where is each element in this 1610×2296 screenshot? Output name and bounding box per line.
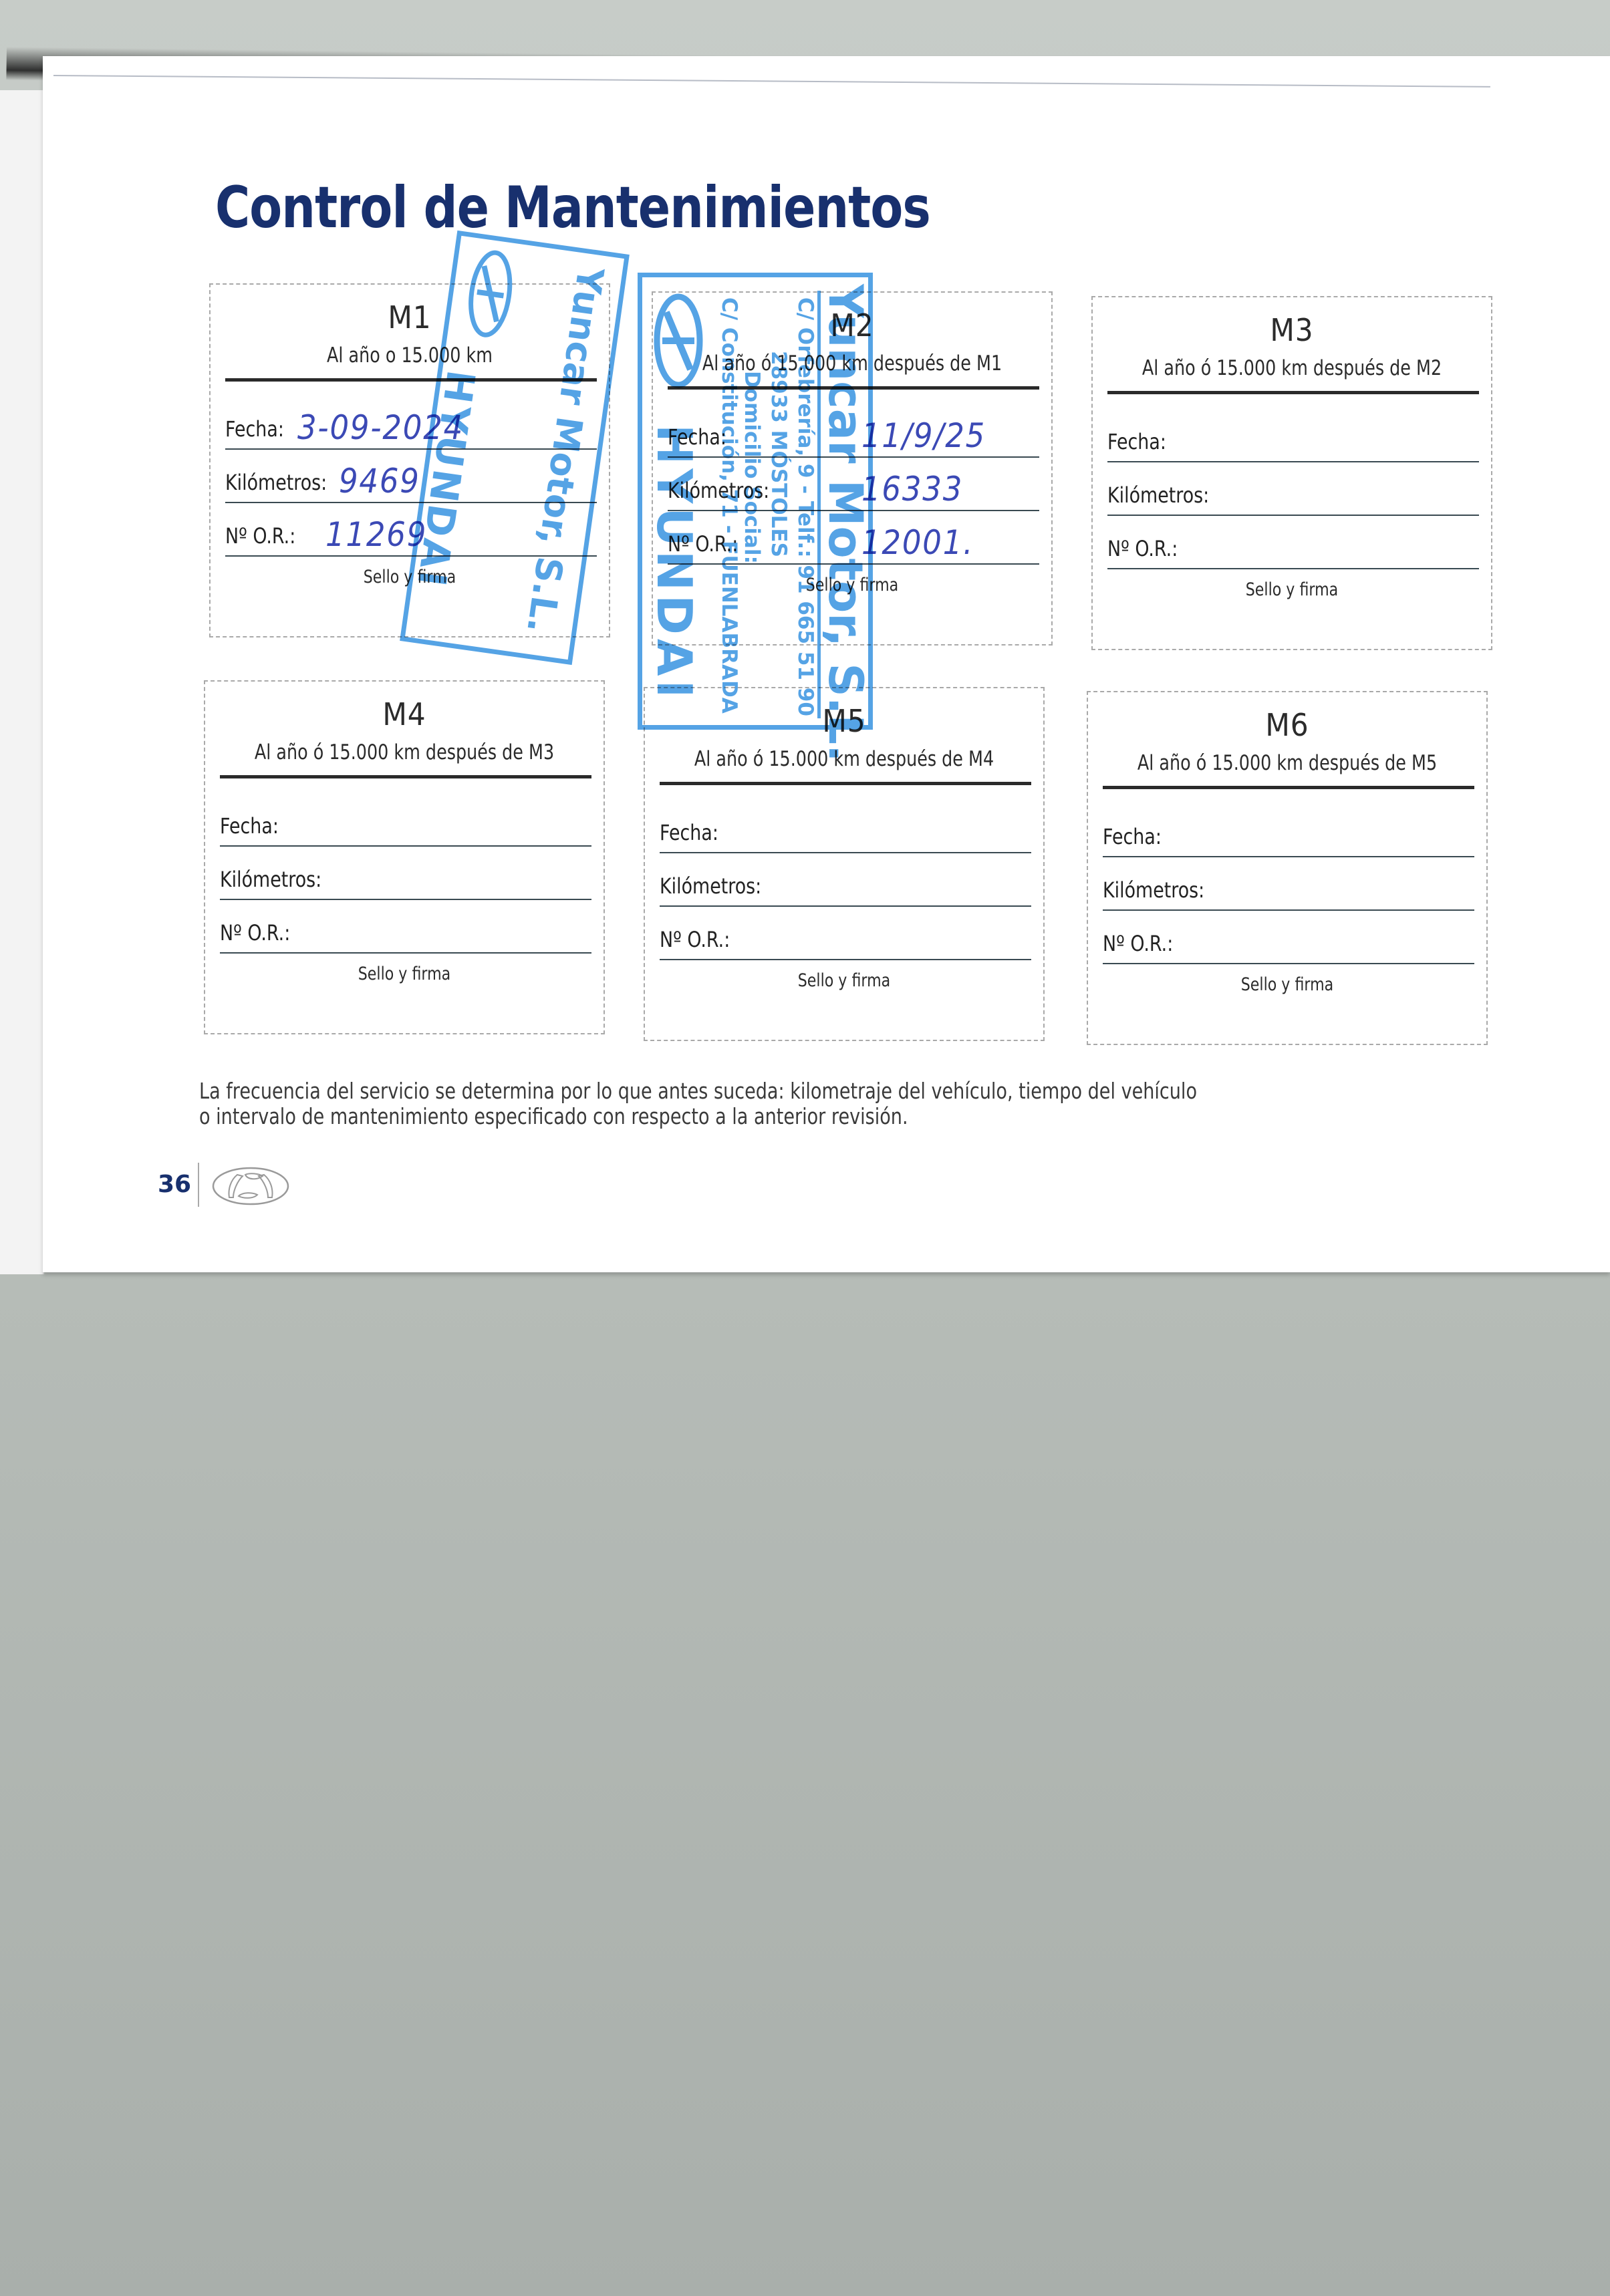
hyundai-logo-icon xyxy=(211,1165,291,1207)
or-number-value: 11269 xyxy=(325,515,427,554)
stamp-address-line: C/ Constitución, 71 - FUENLABRADA xyxy=(717,297,741,714)
sign-label: Sello y firma xyxy=(1129,579,1456,600)
card-interval: Al año ó 15.000 km después de M3 xyxy=(241,740,568,764)
stamp-address-line: 28933 MÓSTOLES xyxy=(767,351,791,557)
footer-separator xyxy=(198,1163,199,1207)
or-number-label: Nº O.R.: xyxy=(225,523,295,549)
dealer-stamp-m2: HYUNDAI Yuncar Motor, S.L. C/ Orfebrería… xyxy=(638,273,873,730)
page-edge xyxy=(0,90,44,1274)
km-field[interactable]: Kilómetros: xyxy=(1107,468,1479,516)
date-label: Fecha: xyxy=(660,820,718,845)
km-label: Kilómetros: xyxy=(220,867,321,892)
or-number-value: 12001. xyxy=(861,523,974,562)
stamp-address-line: C/ Orfebrería, 9 - Telf.: 91 665 51 90 xyxy=(793,297,817,716)
card-interval: Al año ó 15.000 km después de M5 xyxy=(1124,751,1451,775)
card-interval: Al año ó 15.000 km después de M2 xyxy=(1129,356,1456,380)
page-number: 36 xyxy=(158,1171,191,1198)
service-frequency-note: La frecuencia del servicio se determina … xyxy=(199,1079,1213,1129)
km-label: Kilómetros: xyxy=(1103,877,1204,903)
stamp-company: Yuncar Motor, S.L. xyxy=(818,284,873,762)
km-field[interactable]: Kilómetros: xyxy=(220,852,591,900)
or-number-field[interactable]: Nº O.R.: xyxy=(220,905,591,954)
or-number-label: Nº O.R.: xyxy=(1107,536,1178,561)
km-label: Kilómetros: xyxy=(225,470,327,495)
stamp-address-line: Domicilio Social: xyxy=(740,371,764,564)
date-field[interactable]: Fecha: xyxy=(1107,414,1479,462)
sign-label: Sello y firma xyxy=(681,970,1008,991)
km-label: Kilómetros: xyxy=(1107,482,1209,508)
card-divider xyxy=(1103,786,1474,789)
km-value: 9469 xyxy=(339,462,420,500)
km-label: Kilómetros: xyxy=(660,873,761,899)
date-field[interactable]: Fecha: xyxy=(660,805,1031,853)
or-number-label: Nº O.R.: xyxy=(1103,931,1173,956)
date-label: Fecha: xyxy=(220,813,279,839)
or-number-field[interactable]: Nº O.R.: xyxy=(1103,916,1474,964)
card-divider xyxy=(1107,391,1479,394)
stamp-brand: HYUNDAI xyxy=(646,424,702,702)
date-value: 11/9/25 xyxy=(861,416,986,455)
date-field[interactable]: Fecha: xyxy=(1103,809,1474,857)
card-divider xyxy=(220,775,591,778)
or-number-label: Nº O.R.: xyxy=(220,920,290,946)
km-field[interactable]: Kilómetros: xyxy=(1103,863,1474,911)
maintenance-card-m6: M6 Al año ó 15.000 km después de M5 Fech… xyxy=(1087,691,1488,1045)
or-number-label: Nº O.R.: xyxy=(660,927,730,952)
date-field[interactable]: Fecha: xyxy=(220,799,591,847)
sign-label: Sello y firma xyxy=(241,964,568,984)
sign-label: Sello y firma xyxy=(1124,974,1451,995)
km-value: 16333 xyxy=(861,470,963,509)
date-label: Fecha: xyxy=(225,416,284,442)
or-number-field[interactable]: Nº O.R.: xyxy=(1107,521,1479,569)
card-code: M3 xyxy=(1109,312,1475,348)
date-label: Fecha: xyxy=(1103,824,1162,849)
hyundai-emblem-icon xyxy=(652,291,705,391)
card-code: M6 xyxy=(1104,707,1470,743)
maintenance-card-m4: M4 Al año ó 15.000 km después de M3 Fech… xyxy=(204,680,605,1034)
card-divider xyxy=(660,782,1031,785)
km-field[interactable]: Kilómetros: xyxy=(660,859,1031,907)
hyundai-emblem-icon xyxy=(460,245,520,343)
card-code: M4 xyxy=(221,696,587,732)
page-title: Control de Mantenimientos xyxy=(215,179,930,237)
date-label: Fecha: xyxy=(1107,429,1166,454)
or-number-field[interactable]: Nº O.R.: xyxy=(660,912,1031,960)
maintenance-card-m3: M3 Al año ó 15.000 km después de M2 Fech… xyxy=(1091,296,1492,650)
